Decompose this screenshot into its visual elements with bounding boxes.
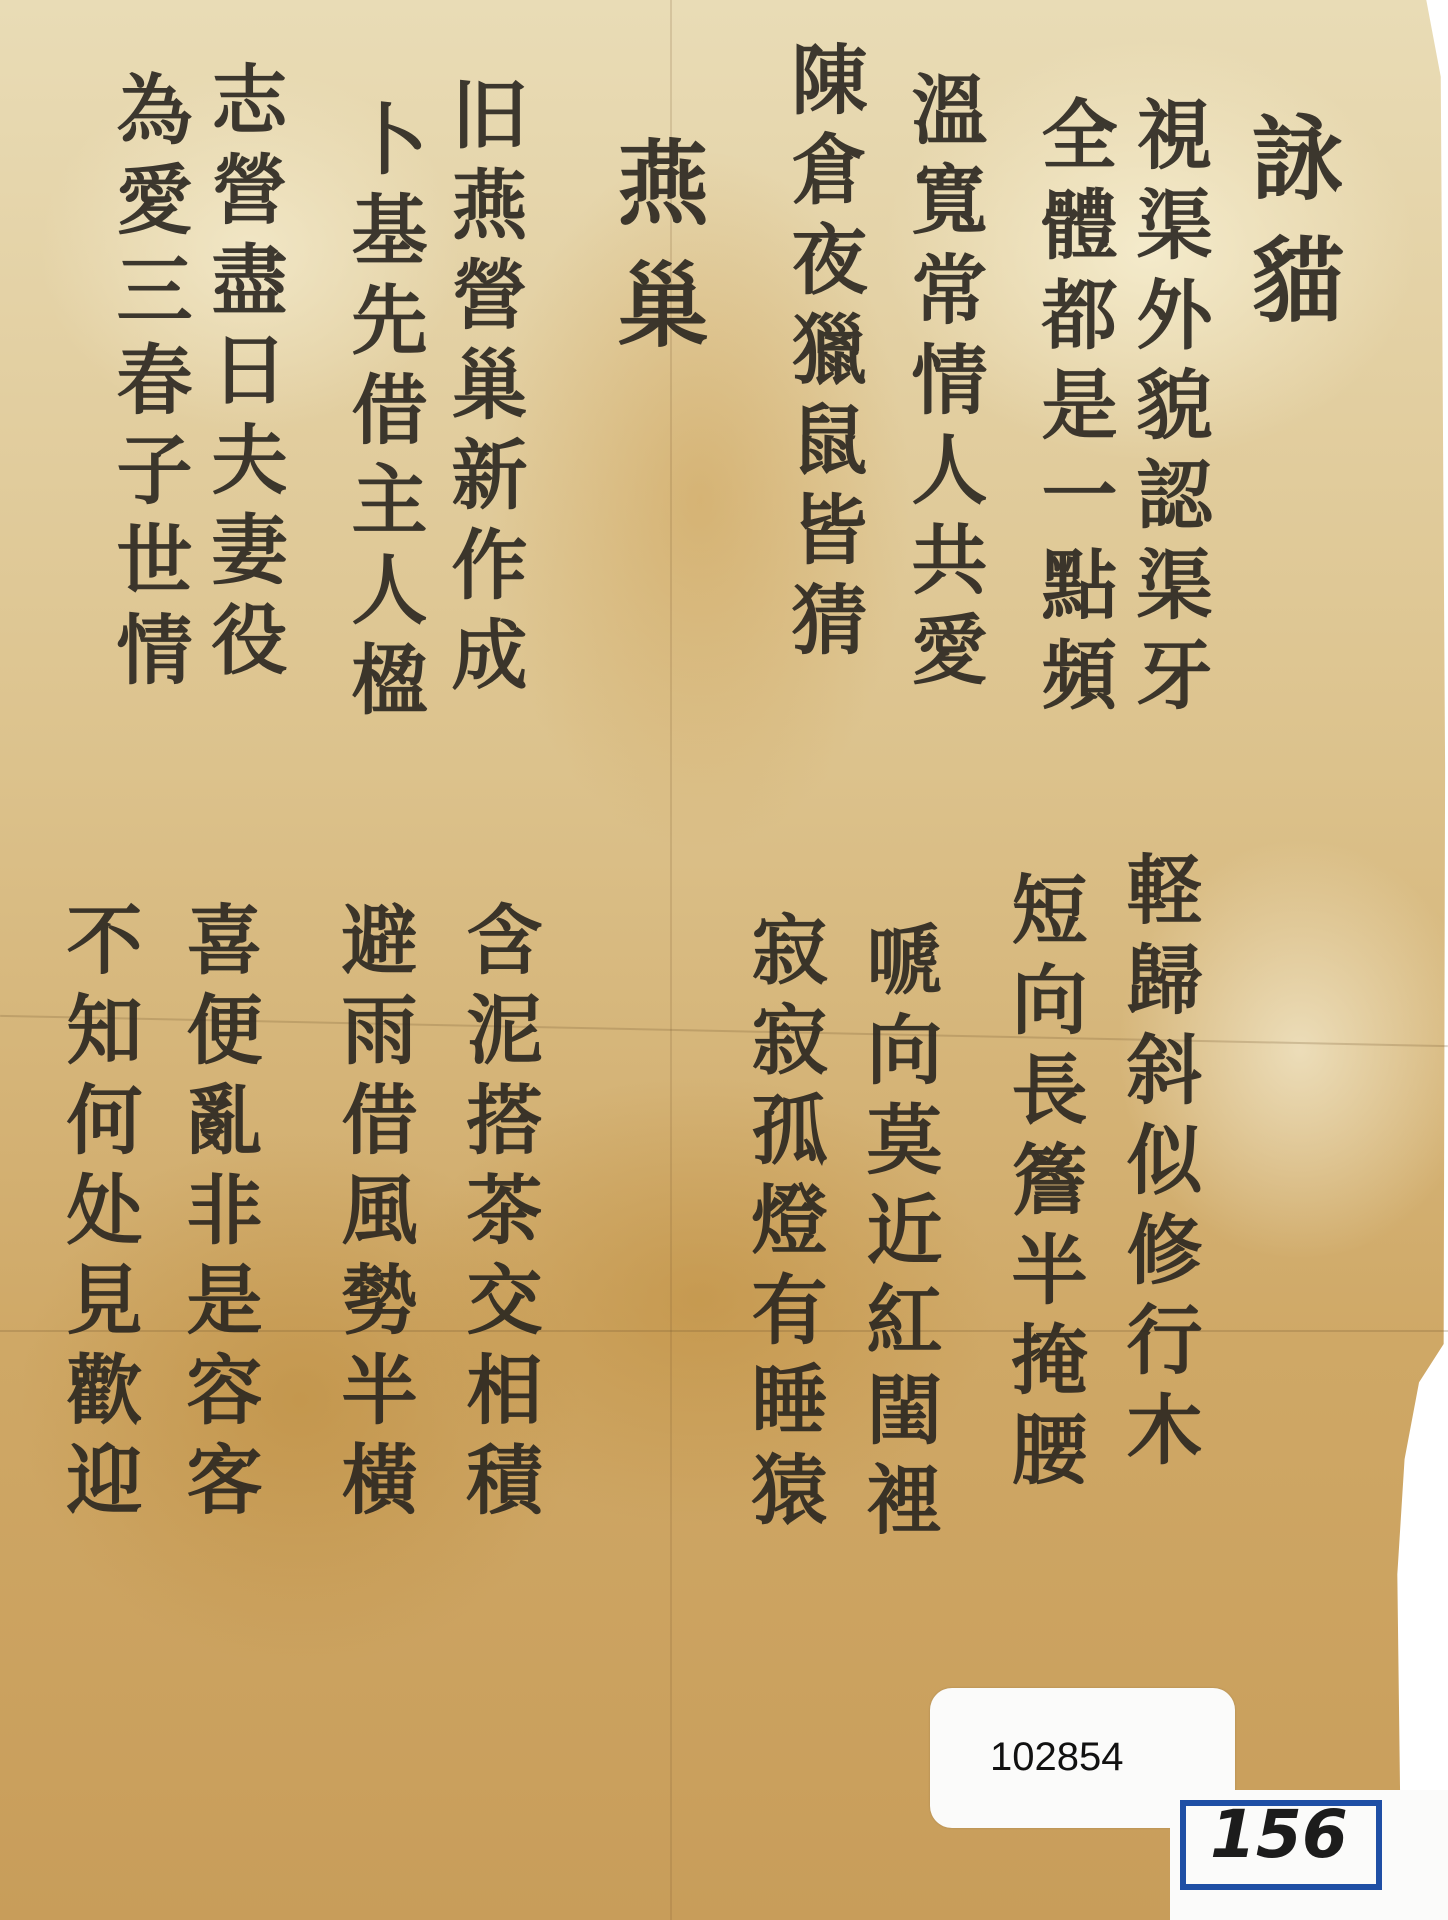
poem-line: 寂寂孤燈有睡猿 [745, 910, 821, 1540]
poem-line: 陳倉夜獵鼠皆猜 [785, 40, 861, 670]
poem-line: 溫寬常情人共愛 [905, 70, 981, 700]
page-number: 156 [1210, 1796, 1348, 1873]
poem-line: 不知何处見歡迎 [60, 900, 136, 1530]
poem-line: 含泥搭茶交相積 [460, 900, 536, 1530]
poem-title-swallow-nest: 燕巢 [610, 135, 702, 379]
poem-line: 卜基先借主人楹 [345, 100, 421, 730]
poem-line: 旧燕營巢新作成 [445, 75, 521, 705]
catalog-number: 102854 [990, 1735, 1123, 1780]
poem-title-cat: 詠貓 [1245, 110, 1337, 354]
poem-line: 短向長簷半掩腰 [1005, 870, 1081, 1500]
poem-line: 避雨借風勢半橫 [335, 900, 411, 1530]
poem-line: 喜便亂非是容客 [180, 900, 256, 1530]
poem-line: 視渠外貌認渠牙 [1130, 95, 1206, 725]
poem-line: 為愛三春子世情 [110, 70, 186, 700]
poem-line: 軽歸斜似修行木 [1120, 850, 1196, 1480]
poem-line: 志營盡日夫妻役 [205, 60, 281, 690]
poem-line: 嗁向莫近紅閨裡 [860, 920, 936, 1550]
poem-line: 全體都是一點頻 [1035, 95, 1111, 725]
